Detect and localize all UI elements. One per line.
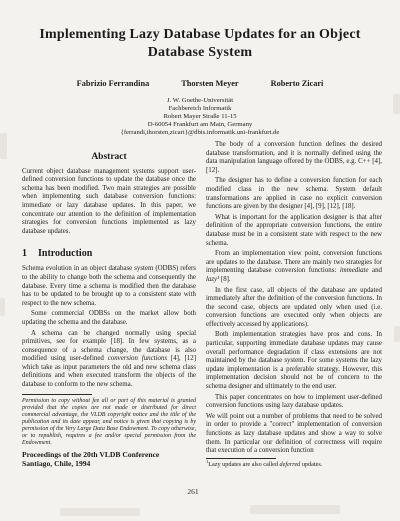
affiliation-line: Robert Mayer Straße 11-15 bbox=[0, 113, 400, 121]
author-name: Fabrizio Ferrandina bbox=[77, 79, 150, 88]
affiliation-line: J. W. Goethe-Universität bbox=[0, 97, 400, 105]
permission-footnote: Permission to copy without fee all or pa… bbox=[22, 394, 196, 468]
footnote-italic: deferred bbox=[280, 461, 301, 468]
body-paragraph: What is important for the application de… bbox=[206, 214, 382, 248]
abstract-text: Current object database management syste… bbox=[22, 168, 196, 237]
body-paragraph-italic: lazy¹ bbox=[206, 276, 219, 283]
scan-artifact bbox=[0, 298, 5, 316]
body-paragraph: Both implementation strategies have pros… bbox=[206, 331, 382, 391]
lazy-footnote-text: 1Lazy updates are also called deferred u… bbox=[206, 461, 382, 468]
body-paragraph: We will point out a number of problems t… bbox=[206, 413, 382, 456]
proceedings-line: Proceedings of the 20th VLDB Conference bbox=[22, 450, 196, 459]
body-paragraph: From an implementation view point, conve… bbox=[206, 250, 382, 284]
proceedings-note: Proceedings of the 20th VLDB Conference … bbox=[22, 450, 196, 468]
permission-text: Permission to copy without fee all or pa… bbox=[22, 398, 196, 447]
affiliation-line: Fachbereich Informatik bbox=[0, 105, 400, 113]
footnote-rule bbox=[22, 394, 92, 395]
body-paragraph-text: [8]. bbox=[219, 276, 230, 283]
body-paragraph: In the first case, all objects of the da… bbox=[206, 287, 382, 330]
footnote-text: updates. bbox=[300, 461, 322, 468]
affiliation-line: D-60054 Frankfurt am Main, Germany bbox=[0, 121, 400, 129]
intro-paragraph: Schema evolution in an object database s… bbox=[22, 265, 196, 308]
author-name: Thorsten Meyer bbox=[181, 79, 238, 88]
intro-paragraph: A schema can be changed normally using s… bbox=[22, 330, 196, 390]
right-column: The body of a conversion function define… bbox=[206, 141, 382, 451]
author-name: Roberto Zicari bbox=[271, 79, 324, 88]
section-title: Introduction bbox=[38, 248, 92, 259]
scan-artifact bbox=[250, 505, 340, 514]
intro-paragraph: Some commercial ODBSs on the market allo… bbox=[22, 310, 196, 327]
section-number: 1 bbox=[22, 248, 27, 259]
scan-artifact bbox=[394, 326, 400, 342]
body-paragraph: The body of a conversion function define… bbox=[206, 141, 382, 175]
body-paragraph: This paper concentrates on how to implem… bbox=[206, 394, 382, 411]
footnote-rule bbox=[206, 458, 276, 459]
footnote-text: Lazy updates are also called bbox=[208, 461, 279, 468]
intro-paragraph-italic: conversion functions bbox=[108, 355, 167, 362]
abstract-heading: Abstract bbox=[22, 153, 196, 162]
scan-artifact bbox=[60, 508, 140, 516]
paper-title: Implementing Lazy Database Updates for a… bbox=[38, 26, 362, 61]
affiliation-email: {ferrandi,thorsten,zicari}@dbis.informat… bbox=[0, 129, 400, 137]
lazy-footnote: 1Lazy updates are also called deferred u… bbox=[206, 458, 382, 471]
section-heading-introduction: 1Introduction bbox=[22, 248, 196, 259]
body-paragraph: The designer has to define a conversion … bbox=[206, 177, 382, 211]
page-number: 261 bbox=[0, 487, 386, 496]
body-paragraph-text: and bbox=[369, 267, 382, 274]
paper-page: Implementing Lazy Database Updates for a… bbox=[0, 0, 400, 521]
author-list: Fabrizio Ferrandina Thorsten Meyer Rober… bbox=[0, 79, 400, 88]
affiliation-block: J. W. Goethe-Universität Fachbereich Inf… bbox=[0, 97, 400, 137]
left-column: Abstract Current object database managem… bbox=[22, 153, 196, 468]
proceedings-line: Santiago, Chile, 1994 bbox=[22, 459, 196, 468]
body-paragraph-italic: immediate bbox=[340, 267, 369, 274]
